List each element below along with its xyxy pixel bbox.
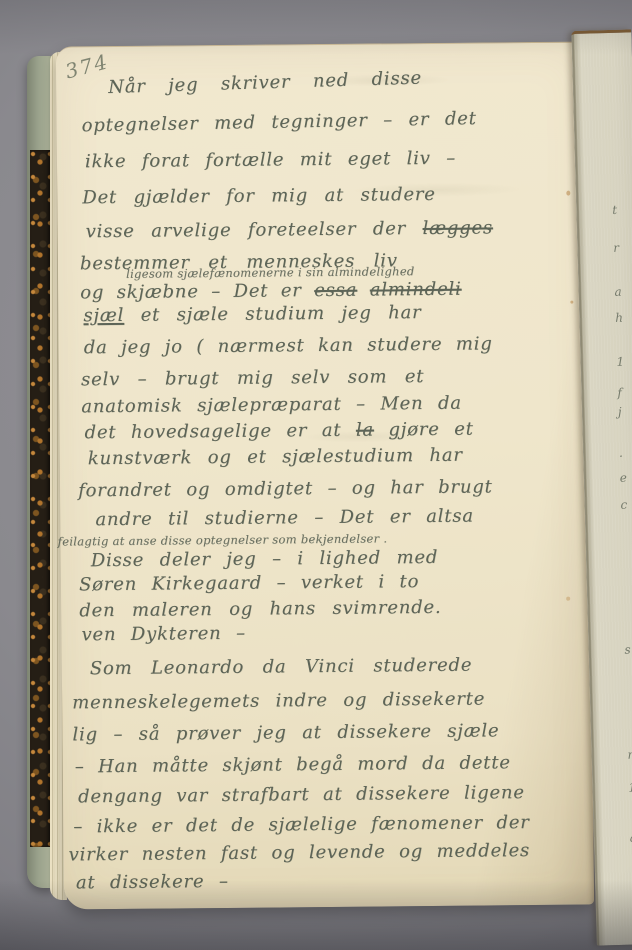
manuscript-segment: ligesom sjælefænomenerne i sin almindeli…: [126, 264, 415, 281]
manuscript-line: andre til studierne – Det er altsa: [95, 506, 474, 531]
next-page-glyph: j: [618, 405, 622, 419]
manuscript-segment: Som Leonardo da Vinci studerede: [90, 655, 473, 680]
manuscript-line: sjæl et sjæle studium jeg har: [83, 302, 421, 326]
manuscript-segment: ven Dykteren –: [81, 623, 246, 646]
manuscript-segment: sjæl: [83, 305, 124, 326]
manuscript-text: Når jeg skriver ned disseoptegnelser med…: [56, 42, 594, 909]
manuscript-segment: – Han måtte skjønt begå mord da dette: [75, 752, 511, 777]
next-page-glyph: e: [620, 471, 627, 485]
next-page-glyph: s: [624, 643, 631, 657]
manuscript-line: dengang var strafbart at dissekere ligen…: [78, 782, 525, 807]
manuscript-segment: at dissekere –: [76, 871, 229, 893]
manuscript-line: Som Leonardo da Vinci studerede: [90, 655, 473, 680]
manuscript-line: lig – så prøver jeg at dissekere sjæle: [72, 720, 499, 745]
next-page-glyph: 1: [628, 781, 632, 795]
manuscript-segment: andre til studierne – Det er altsa: [95, 506, 474, 531]
manuscript-segment: ikke forat fortælle mit eget liv –: [85, 148, 456, 173]
manuscript-line: feilagtig at anse disse optegnelser som …: [58, 531, 388, 548]
manuscript-segment: det hovedsagelige er at: [84, 420, 356, 444]
manuscript-line: virker nesten fast og levende og meddele…: [69, 840, 531, 865]
manuscript-line: Disse deler jeg – i lighed med: [91, 547, 439, 571]
manuscript-segment: menneskelegemets indre og dissekerte: [72, 688, 485, 713]
next-page-glyph: h: [615, 311, 623, 325]
manuscript-line: den maleren og hans svimrende.: [79, 597, 441, 621]
next-page-glyph: .: [619, 446, 623, 460]
manuscript-line: forandret og omdigtet – og har brugt: [78, 476, 493, 501]
manuscript-segment: kunstværk og et sjælestudium har: [88, 445, 463, 470]
manuscript-line: selv – brugt mig selv som et: [81, 366, 424, 390]
manuscript-segment: [357, 280, 370, 301]
manuscript-segment: Det gjælder for mig at studere: [82, 184, 436, 208]
photo-backdrop: 374 Når jeg skriver ned disseoptegnelser…: [0, 0, 632, 950]
manuscript-line: kunstværk og et sjælestudium har: [88, 445, 463, 470]
manuscript-segment: anatomisk sjælepræparat – Men da: [81, 393, 462, 418]
manuscript-segment: et sjæle studium jeg har: [124, 302, 422, 326]
manuscript-segment: visse arvelige foreteelser der: [86, 218, 423, 242]
manuscript-segment: Når jeg skriver ned disse: [108, 67, 422, 98]
manuscript-line: ikke forat fortælle mit eget liv –: [85, 148, 456, 173]
manuscript-line: ligesom sjælefænomenerne i sin almindeli…: [126, 264, 415, 281]
manuscript-segment: essa: [314, 280, 357, 301]
manuscript-page: 374 Når jeg skriver ned disseoptegnelser…: [56, 41, 594, 909]
manuscript-segment: lig – så prøver jeg at dissekere sjæle: [72, 720, 499, 745]
manuscript-segment: optegnelser med tegninger – er det: [81, 108, 476, 136]
manuscript-segment: og skjæbne – Det er: [80, 280, 314, 303]
manuscript-segment: – ikke er det de sjælelige fænomener der: [73, 812, 529, 837]
manuscript-segment: Disse deler jeg – i lighed med: [91, 547, 439, 571]
manuscript-segment: feilagtig at anse disse optegnelser som …: [58, 531, 388, 548]
manuscript-line: menneskelegemets indre og dissekerte: [72, 688, 485, 713]
manuscript-segment: almindeli: [370, 279, 462, 301]
manuscript-segment: la: [356, 420, 374, 441]
manuscript-line: og skjæbne – Det er essa almindeli: [80, 279, 462, 304]
manuscript-line: visse arvelige foreteelser der lægges: [86, 217, 494, 242]
next-page-glyph: a: [614, 285, 622, 299]
manuscript-segment: den maleren og hans svimrende.: [79, 597, 441, 621]
next-page-glyph: 1: [616, 355, 624, 369]
manuscript-line: da jeg jo ( nærmest kan studere mig: [84, 333, 493, 358]
manuscript-line: at dissekere –: [76, 871, 229, 893]
manuscript-line: – Han måtte skjønt begå mord da dette: [75, 752, 511, 777]
marbled-cover-strip: [30, 150, 50, 847]
manuscript-segment: Søren Kirkegaard – verket i to: [79, 571, 419, 595]
next-page-glyph: r: [613, 241, 619, 255]
manuscript-segment: virker nesten fast og levende og meddele…: [69, 840, 531, 865]
next-page-glyph: r: [627, 748, 632, 762]
manuscript-line: Når jeg skriver ned disse: [108, 67, 422, 98]
manuscript-line: anatomisk sjælepræparat – Men da: [81, 393, 462, 418]
manuscript-segment: lægges: [422, 217, 493, 239]
manuscript-line: – ikke er det de sjælelige fænomener der: [73, 812, 529, 837]
next-page-glyphs: trah1fj.ecsr1a.: [571, 32, 631, 34]
manuscript-segment: gjøre et: [374, 419, 474, 441]
manuscript-line: ven Dykteren –: [81, 623, 246, 646]
manuscript-line: Søren Kirkegaard – verket i to: [79, 571, 419, 595]
next-page-glyph: t: [612, 203, 617, 217]
next-page-glyph: f: [617, 386, 622, 400]
manuscript-segment: dengang var strafbart at dissekere ligen…: [78, 782, 525, 807]
manuscript-segment: forandret og omdigtet – og har brugt: [78, 476, 493, 501]
manuscript-segment: selv – brugt mig selv som et: [81, 366, 424, 390]
manuscript-line: Det gjælder for mig at studere: [82, 184, 436, 208]
manuscript-segment: da jeg jo ( nærmest kan studere mig: [84, 333, 493, 358]
manuscript-line: det hovedsagelige er at la gjøre et: [84, 419, 473, 444]
next-page-glyph: c: [620, 498, 627, 512]
manuscript-line: optegnelser med tegninger – er det: [81, 108, 476, 136]
